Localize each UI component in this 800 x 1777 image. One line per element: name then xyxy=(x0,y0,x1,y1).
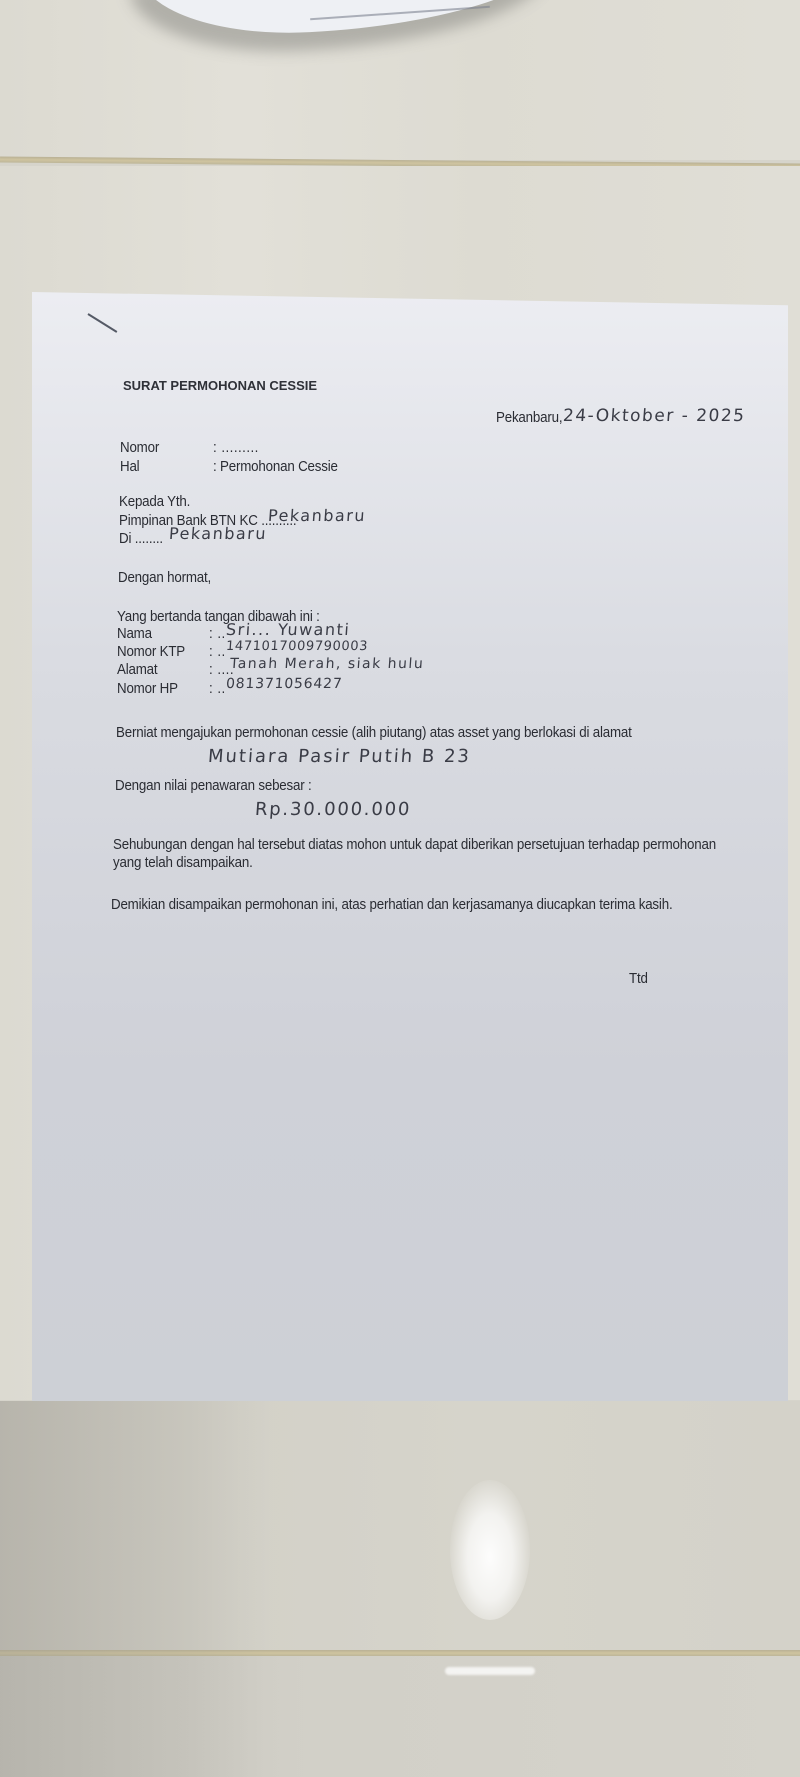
closing-paragraph-line2: yang telah disampaikan. xyxy=(113,855,253,871)
field-label-ktp: Nomor KTP xyxy=(117,644,185,660)
hal-value: : Permohonan Cessie xyxy=(213,459,338,475)
closing-paragraph-line1: Sehubungan dengan hal tersebut diatas mo… xyxy=(113,837,716,853)
light-reflection xyxy=(450,1480,530,1620)
field-value-nama: Sri... Yuwanti xyxy=(225,620,351,639)
field-label-hp: Nomor HP xyxy=(117,681,178,697)
request-text: Berniat mengajukan permohonan cessie (al… xyxy=(116,725,632,741)
field-value-hp: 081371056427 xyxy=(225,676,343,692)
field-label-alamat: Alamat xyxy=(117,662,157,678)
light-reflection xyxy=(445,1667,535,1675)
field-value-alamat: Tanah Merah, siak hulu xyxy=(229,656,424,672)
place-label: Pekanbaru, xyxy=(496,410,562,426)
field-prefix-hp: : .. xyxy=(209,681,226,697)
asset-address-handwritten: Mutiara Pasir Putih B 23 xyxy=(207,746,471,767)
date-handwritten: 24-Oktober - 2025 xyxy=(562,406,746,426)
recipient-greeting: Kepada Yth. xyxy=(119,494,190,510)
offer-amount-handwritten: Rp.30.000.000 xyxy=(254,799,412,820)
signature-label: Ttd xyxy=(629,971,648,987)
field-prefix-ktp: : .. xyxy=(209,644,226,660)
field-label-nama: Nama xyxy=(117,626,152,642)
field-prefix-nama: : .. xyxy=(209,626,226,642)
recipient-location: Di ........ xyxy=(119,531,163,547)
field-value-ktp: 1471017009790003 xyxy=(225,639,368,654)
salutation: Dengan hormat, xyxy=(118,570,211,586)
document-title: SURAT PERMOHONAN CESSIE xyxy=(123,378,317,393)
thanks-paragraph: Demikian disampaikan permohonan ini, ata… xyxy=(111,897,672,913)
floor-tile-top xyxy=(0,0,800,160)
offer-label: Dengan nilai penawaran sebesar : xyxy=(115,778,312,794)
recipient-branch-handwritten: Pekanbaru xyxy=(267,506,366,525)
recipient-location-handwritten: Pekanbaru xyxy=(168,524,267,543)
shadow xyxy=(0,1401,270,1777)
hal-label: Hal xyxy=(120,459,139,475)
nomor-value: : ......... xyxy=(213,440,259,456)
nomor-label: Nomor xyxy=(120,440,159,456)
